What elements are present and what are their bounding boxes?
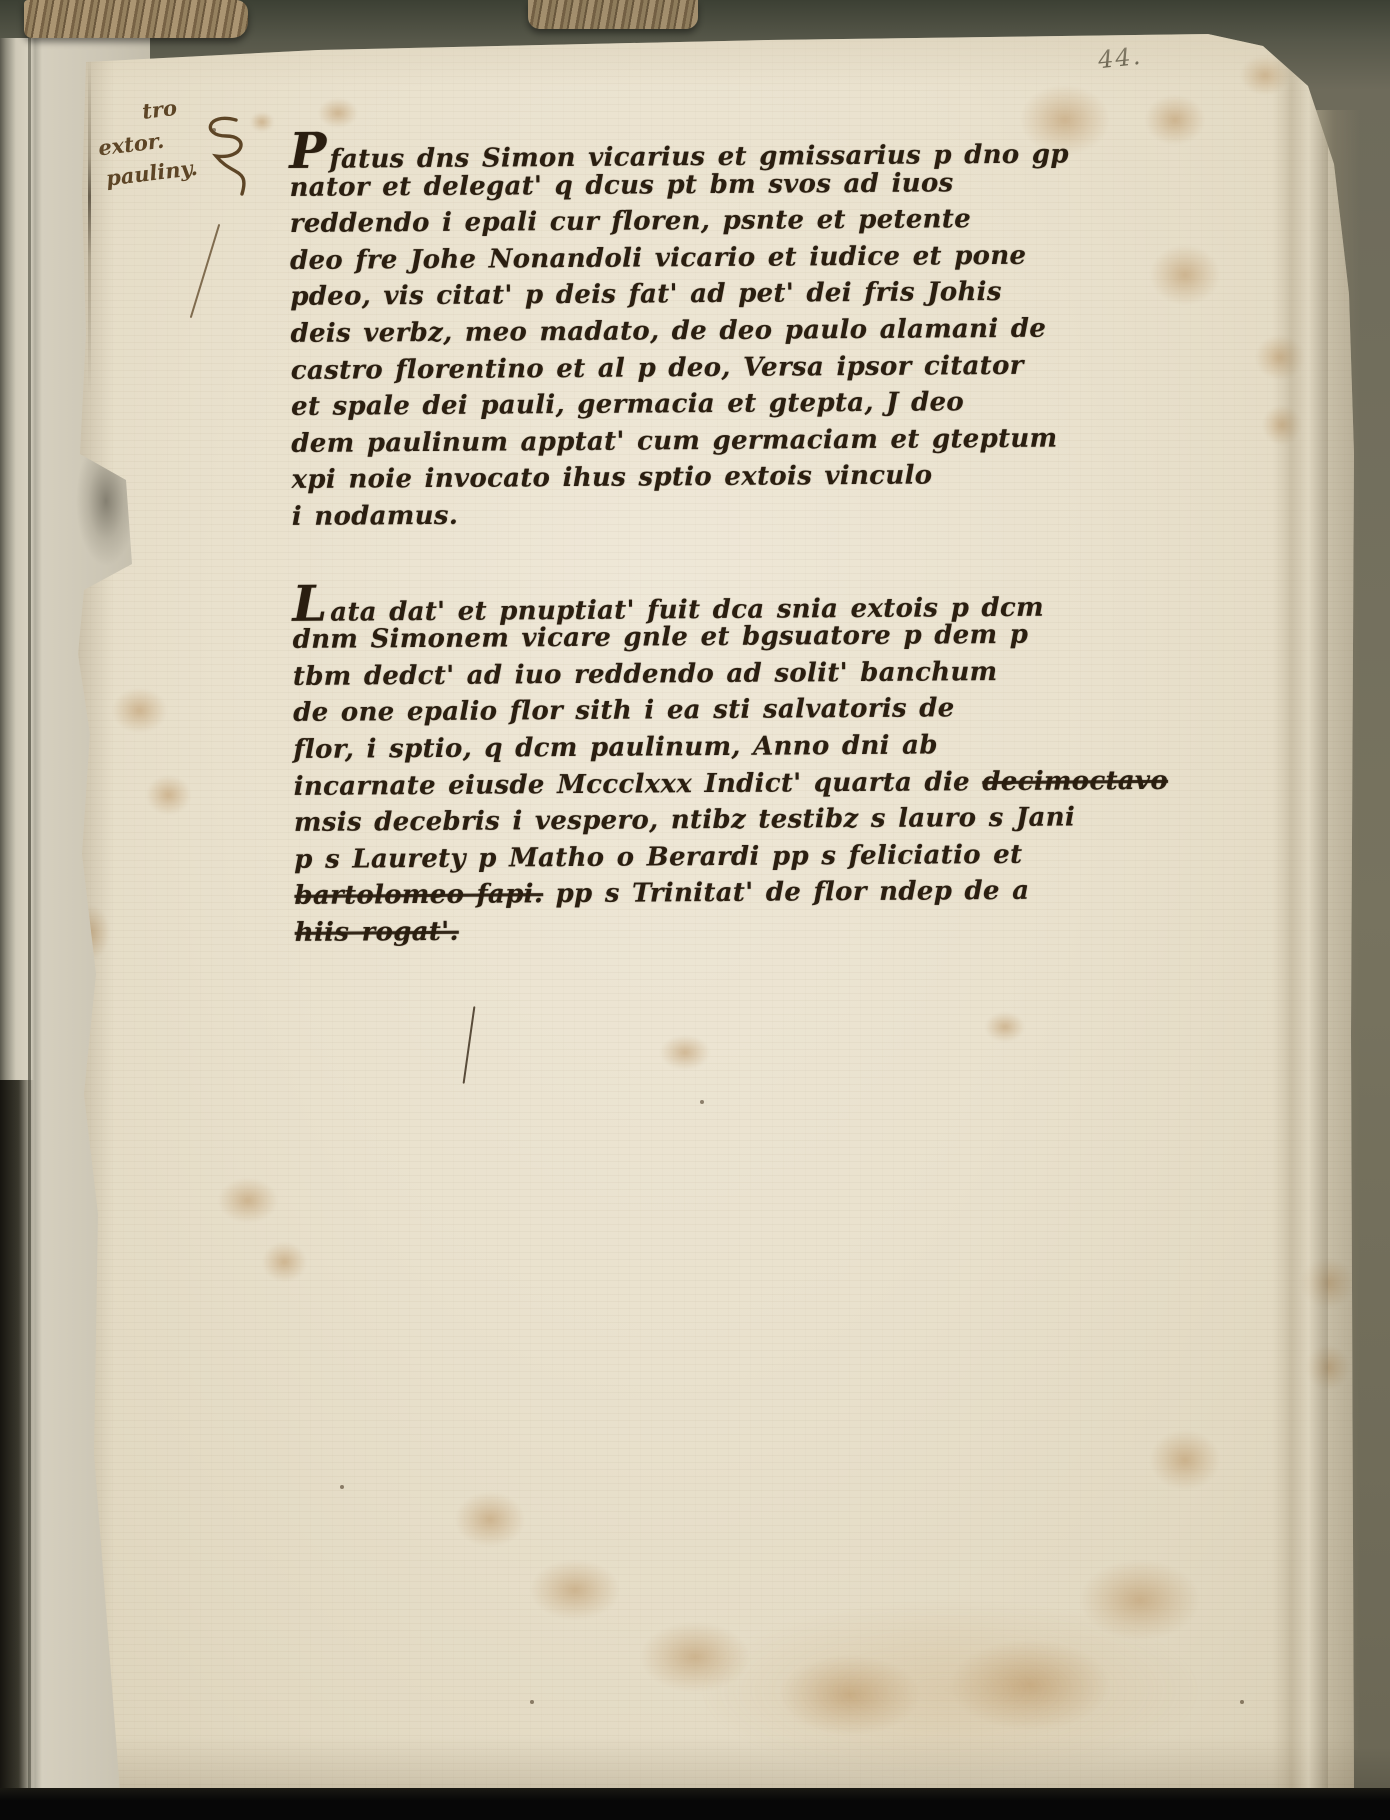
ink-speck xyxy=(530,1700,534,1704)
foxing-stain xyxy=(146,775,191,815)
headband-stitching xyxy=(528,0,698,29)
foxing-stain xyxy=(700,1600,1200,1780)
foxing-stain xyxy=(1150,1430,1220,1490)
headband-stitching xyxy=(24,0,248,38)
margin-note: tro extor. pauliny. xyxy=(89,90,199,194)
folio-number: 44. xyxy=(1097,42,1144,74)
manuscript-line: reddendo i epali cur floren, psnte et pe… xyxy=(290,200,1130,242)
entry-sententia: Pfatus dns Simon vicarius et gmissarius … xyxy=(289,127,1132,535)
manuscript-line: de one epalio flor sith i ea sti salvato… xyxy=(293,689,1133,731)
foxing-stain xyxy=(1262,405,1302,445)
line-text: tbm dedct' ad iuo reddendo ad solit' ban… xyxy=(293,657,998,692)
manuscript-line: msis decebris i vespero, ntibz testibz s… xyxy=(294,799,1134,841)
line-text: deo fre Johe Nonandoli vicario et iudice… xyxy=(290,241,1026,276)
line-text: de one epalio flor sith i ea sti salvato… xyxy=(293,694,955,729)
line-text: deis verbz, meo madato, de deo paulo ala… xyxy=(290,314,1046,349)
foxing-stain xyxy=(1150,245,1220,305)
manuscript-line: deo fre Johe Nonandoli vicario et iudice… xyxy=(290,237,1130,279)
ink-speck xyxy=(1240,1700,1244,1704)
line-text: nator et delegat' q dcus pt bm svos ad i… xyxy=(289,168,953,203)
line-text: castro florentino et al p deo, Versa ips… xyxy=(291,350,1024,385)
pen-stroke xyxy=(463,1006,476,1084)
line-text: incarnate eiusde Mccclxxx Indict' quarta… xyxy=(294,767,983,802)
foxing-stain xyxy=(530,1560,620,1620)
manuscript-line: pdeo, vis citat' p deis fat' ad pet' dei… xyxy=(290,273,1130,315)
manuscript-line: deis verbz, meo madato, de deo paulo ala… xyxy=(290,310,1130,352)
struck-text: bartolomeo fapi. xyxy=(294,879,543,911)
manuscript-line: i nodamus. xyxy=(292,493,1132,535)
line-text: flor, i sptio, q dcm paulinum, Anno dni … xyxy=(293,730,938,764)
entry-datatio: Lata dat' et pnuptiat' fuit dca snia ext… xyxy=(292,580,1135,952)
foxing-stain xyxy=(455,1492,525,1547)
line-text: pp s Trinitat' de flor ndep de a xyxy=(543,876,1029,909)
scanner-bottom-strip xyxy=(0,1788,1390,1820)
manuscript-line: incarnate eiusde Mccclxxx Indict' quarta… xyxy=(294,763,1134,805)
manuscript-line: et spale dei pauli, germacia et gtepta, … xyxy=(291,383,1131,425)
manuscript-page: 44. tro extor. pauliny. Pfatus dns Simon… xyxy=(68,34,1354,1792)
pen-stroke xyxy=(190,224,221,318)
spine-shadow xyxy=(0,1080,34,1820)
manuscript-line: dnm Simonem vicare gnle et bgsuatore p d… xyxy=(293,616,1133,658)
page-curl-highlight xyxy=(1272,34,1328,1792)
manuscript-line: p s Laurety p Matho o Berardi pp s felic… xyxy=(294,836,1134,878)
struck-text: hiis rogat'. xyxy=(295,917,459,948)
line-text: msis decebris i vespero, ntibz testibz s… xyxy=(294,803,1075,838)
line-text: dem paulinum apptat' cum germaciam et gt… xyxy=(291,423,1057,458)
manuscript-line: nator et delegat' q dcus pt bm svos ad i… xyxy=(289,164,1129,206)
foxing-stain xyxy=(1305,1345,1350,1390)
manuscript-line: dem paulinum apptat' cum germaciam et gt… xyxy=(291,420,1131,462)
foxing-stain xyxy=(218,1178,278,1223)
foxing-stain xyxy=(1145,95,1205,145)
foxing-stain xyxy=(262,1242,307,1282)
line-text: i nodamus. xyxy=(292,501,459,532)
struck-text: decimoctavo xyxy=(982,765,1168,796)
line-text: pdeo, vis citat' p deis fat' ad pet' dei… xyxy=(290,277,1002,312)
line-text: xpi noie invocato ihus sptio extois vinc… xyxy=(291,461,932,495)
foxing-stain xyxy=(112,688,167,733)
foxing-stain xyxy=(1255,335,1305,380)
manuscript-line: Pfatus dns Simon vicarius et gmissarius … xyxy=(289,127,1129,169)
line-text: dnm Simonem vicare gnle et bgsuatore p d… xyxy=(293,620,1029,655)
foxing-stain xyxy=(660,1035,710,1070)
manuscript-line: hiis rogat'. xyxy=(295,909,1135,951)
paraph-flourish-icon xyxy=(192,114,256,198)
line-text: et spale dei pauli, germacia et gtepta, … xyxy=(291,387,964,422)
text-block: Pfatus dns Simon vicarius et gmissarius … xyxy=(289,127,1135,951)
manuscript-line: bartolomeo fapi. pp s Trinitat' de flor … xyxy=(294,872,1134,914)
manuscript-line: xpi noie invocato ihus sptio extois vinc… xyxy=(291,456,1131,498)
manuscript-line: castro florentino et al p deo, Versa ips… xyxy=(291,347,1131,389)
manuscript-line: Lata dat' et pnuptiat' fuit dca snia ext… xyxy=(292,580,1132,622)
manuscript-line: flor, i sptio, q dcm paulinum, Anno dni … xyxy=(293,726,1133,768)
line-text: reddendo i epali cur floren, psnte et pe… xyxy=(290,204,971,239)
foxing-stain xyxy=(1300,1258,1355,1308)
ink-speck xyxy=(700,1100,704,1104)
manuscript-line: tbm dedct' ad iuo reddendo ad solit' ban… xyxy=(293,653,1133,695)
ink-speck xyxy=(340,1485,344,1489)
foxing-stain xyxy=(985,1012,1025,1042)
line-text: p s Laurety p Matho o Berardi pp s felic… xyxy=(294,840,1022,875)
